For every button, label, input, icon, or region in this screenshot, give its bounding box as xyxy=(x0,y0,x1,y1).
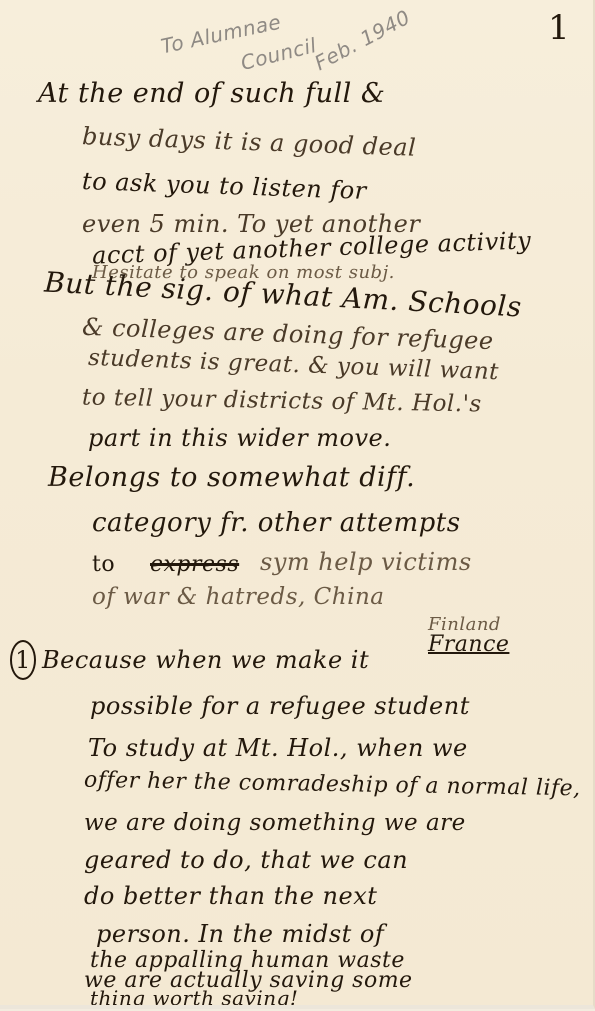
text-line: we are doing something we are xyxy=(84,810,466,836)
text-line: category fr. other attempts xyxy=(92,508,461,538)
handwritten-page: 1 To Alumnae Council Feb. 1940 At the en… xyxy=(0,0,595,1009)
text-line: Because when we make it xyxy=(42,646,369,674)
text-line: offer her the comradeship of a normal li… xyxy=(84,768,581,802)
text-line: to ask you to listen for xyxy=(82,167,368,205)
text-line: geared to do, that we can xyxy=(84,846,408,874)
numbered-point: 1Because when we make it xyxy=(10,640,369,680)
circled-number: 1 xyxy=(10,640,36,680)
text-line-country: France xyxy=(428,632,509,657)
text-line: At the end of such full & xyxy=(38,78,385,109)
text-line: To study at Mt. Hol., when we xyxy=(88,734,468,762)
text-line: part in this wider move. xyxy=(88,424,391,452)
text-line: to tell your districts of Mt. Hol.'s xyxy=(82,385,482,418)
text-line: person. In the midst of xyxy=(96,920,384,948)
struck-word: express xyxy=(150,552,239,577)
text-line: to xyxy=(92,552,115,577)
text-line: busy days it is a good deal xyxy=(82,122,417,162)
text-line: do better than the next xyxy=(84,882,377,910)
pencil-annotation-date: Feb. 1940 xyxy=(310,5,414,75)
text-line: possible for a refugee student xyxy=(90,692,470,720)
text-line: of war & hatreds, China xyxy=(92,584,384,610)
text-line: Belongs to somewhat diff. xyxy=(48,462,415,493)
text-line: sym help victims xyxy=(260,548,472,576)
text-line: thing worth saving! xyxy=(90,986,298,1009)
page-number: 1 xyxy=(548,8,570,48)
